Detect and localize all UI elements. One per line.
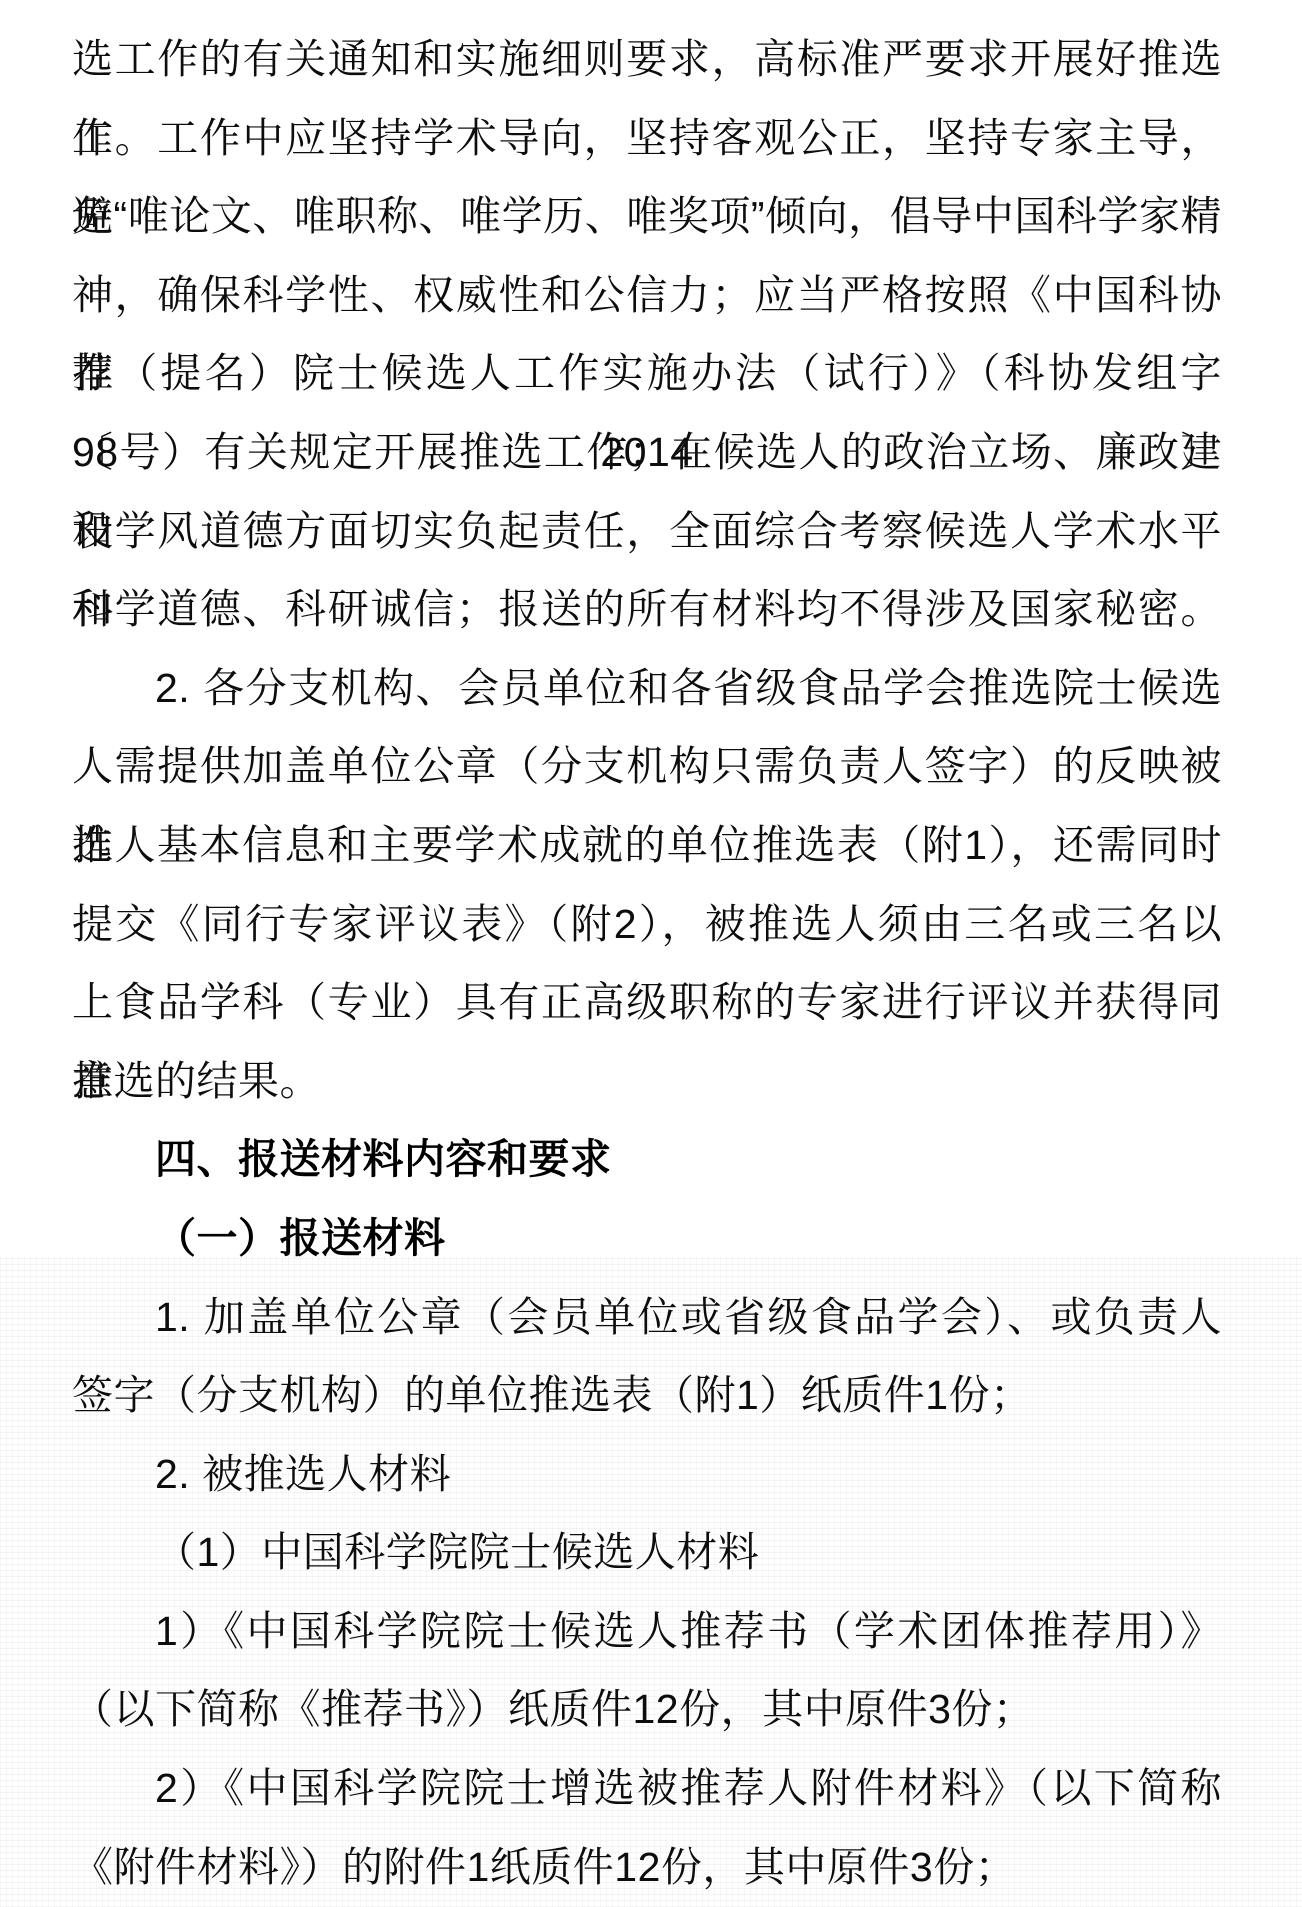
text-line: （以下简称《推荐书》）纸质件12份，其中原件3份； [72, 1670, 1222, 1749]
document-text-block: 选工作的有关通知和实施细则要求，高标准严要求开展好推选工 作。工作中应坚持学术导… [72, 20, 1222, 1906]
document-page: 选工作的有关通知和实施细则要求，高标准严要求开展好推选工 作。工作中应坚持学术导… [0, 0, 1302, 1907]
text-line: 2. 被推选人材料 [72, 1435, 1222, 1514]
text-line: 科学道德、科研诚信；报送的所有材料均不得涉及国家秘密。 [72, 570, 1222, 649]
text-line: 上食品学科（专业）具有正高级职称的专家进行评议并获得同意 [72, 963, 1222, 1042]
text-line: 签字（分支机构）的单位推选表（附1）纸质件1份； [72, 1356, 1222, 1435]
text-line: 提交《同行专家评议表》（附2），被推选人须由三名或三名以 [72, 885, 1222, 964]
text-line: 选人基本信息和主要学术成就的单位推选表（附1），还需同时 [72, 806, 1222, 885]
text-line: 免“唯论文、唯职称、唯学历、唯奖项”倾向，倡导中国科学家精 [72, 177, 1222, 256]
text-line: （1）中国科学院院士候选人材料 [72, 1513, 1222, 1592]
text-line: 98号）有关规定开展推选工作；在候选人的政治立场、廉政建设 [72, 413, 1222, 492]
text-line: 1）《中国科学院院士候选人推荐书（学术团体推荐用）》 [72, 1592, 1222, 1671]
text-line: 1. 加盖单位公章（会员单位或省级食品学会）、或负责人 [72, 1278, 1222, 1357]
text-line: 神，确保科学性、权威性和公信力；应当严格按照《中国科协推 [72, 256, 1222, 335]
text-line: 和学风道德方面切实负起责任，全面综合考察候选人学术水平和 [72, 492, 1222, 571]
text-line: 2）《中国科学院院士增选被推荐人附件材料》（以下简称 [72, 1749, 1222, 1828]
text-line: 选工作的有关通知和实施细则要求，高标准严要求开展好推选工 [72, 20, 1222, 99]
text-line: 作。工作中应坚持学术导向，坚持客观公正，坚持专家主导，避 [72, 99, 1222, 178]
text-line: 人需提供加盖单位公章（分支机构只需负责人签字）的反映被推 [72, 727, 1222, 806]
section-heading: 四、报送材料内容和要求 [72, 1120, 1222, 1199]
text-line: 推选的结果。 [72, 1042, 1222, 1121]
text-line: 《附件材料》）的附件1纸质件12份，其中原件3份； [72, 1828, 1222, 1907]
subsection-heading: （一）报送材料 [72, 1199, 1222, 1278]
text-line: 荐（提名）院士候选人工作实施办法（试行）》（科协发组字〔2014〕 [72, 334, 1222, 413]
text-line: 2. 各分支机构、会员单位和各省级食品学会推选院士候选 [72, 649, 1222, 728]
